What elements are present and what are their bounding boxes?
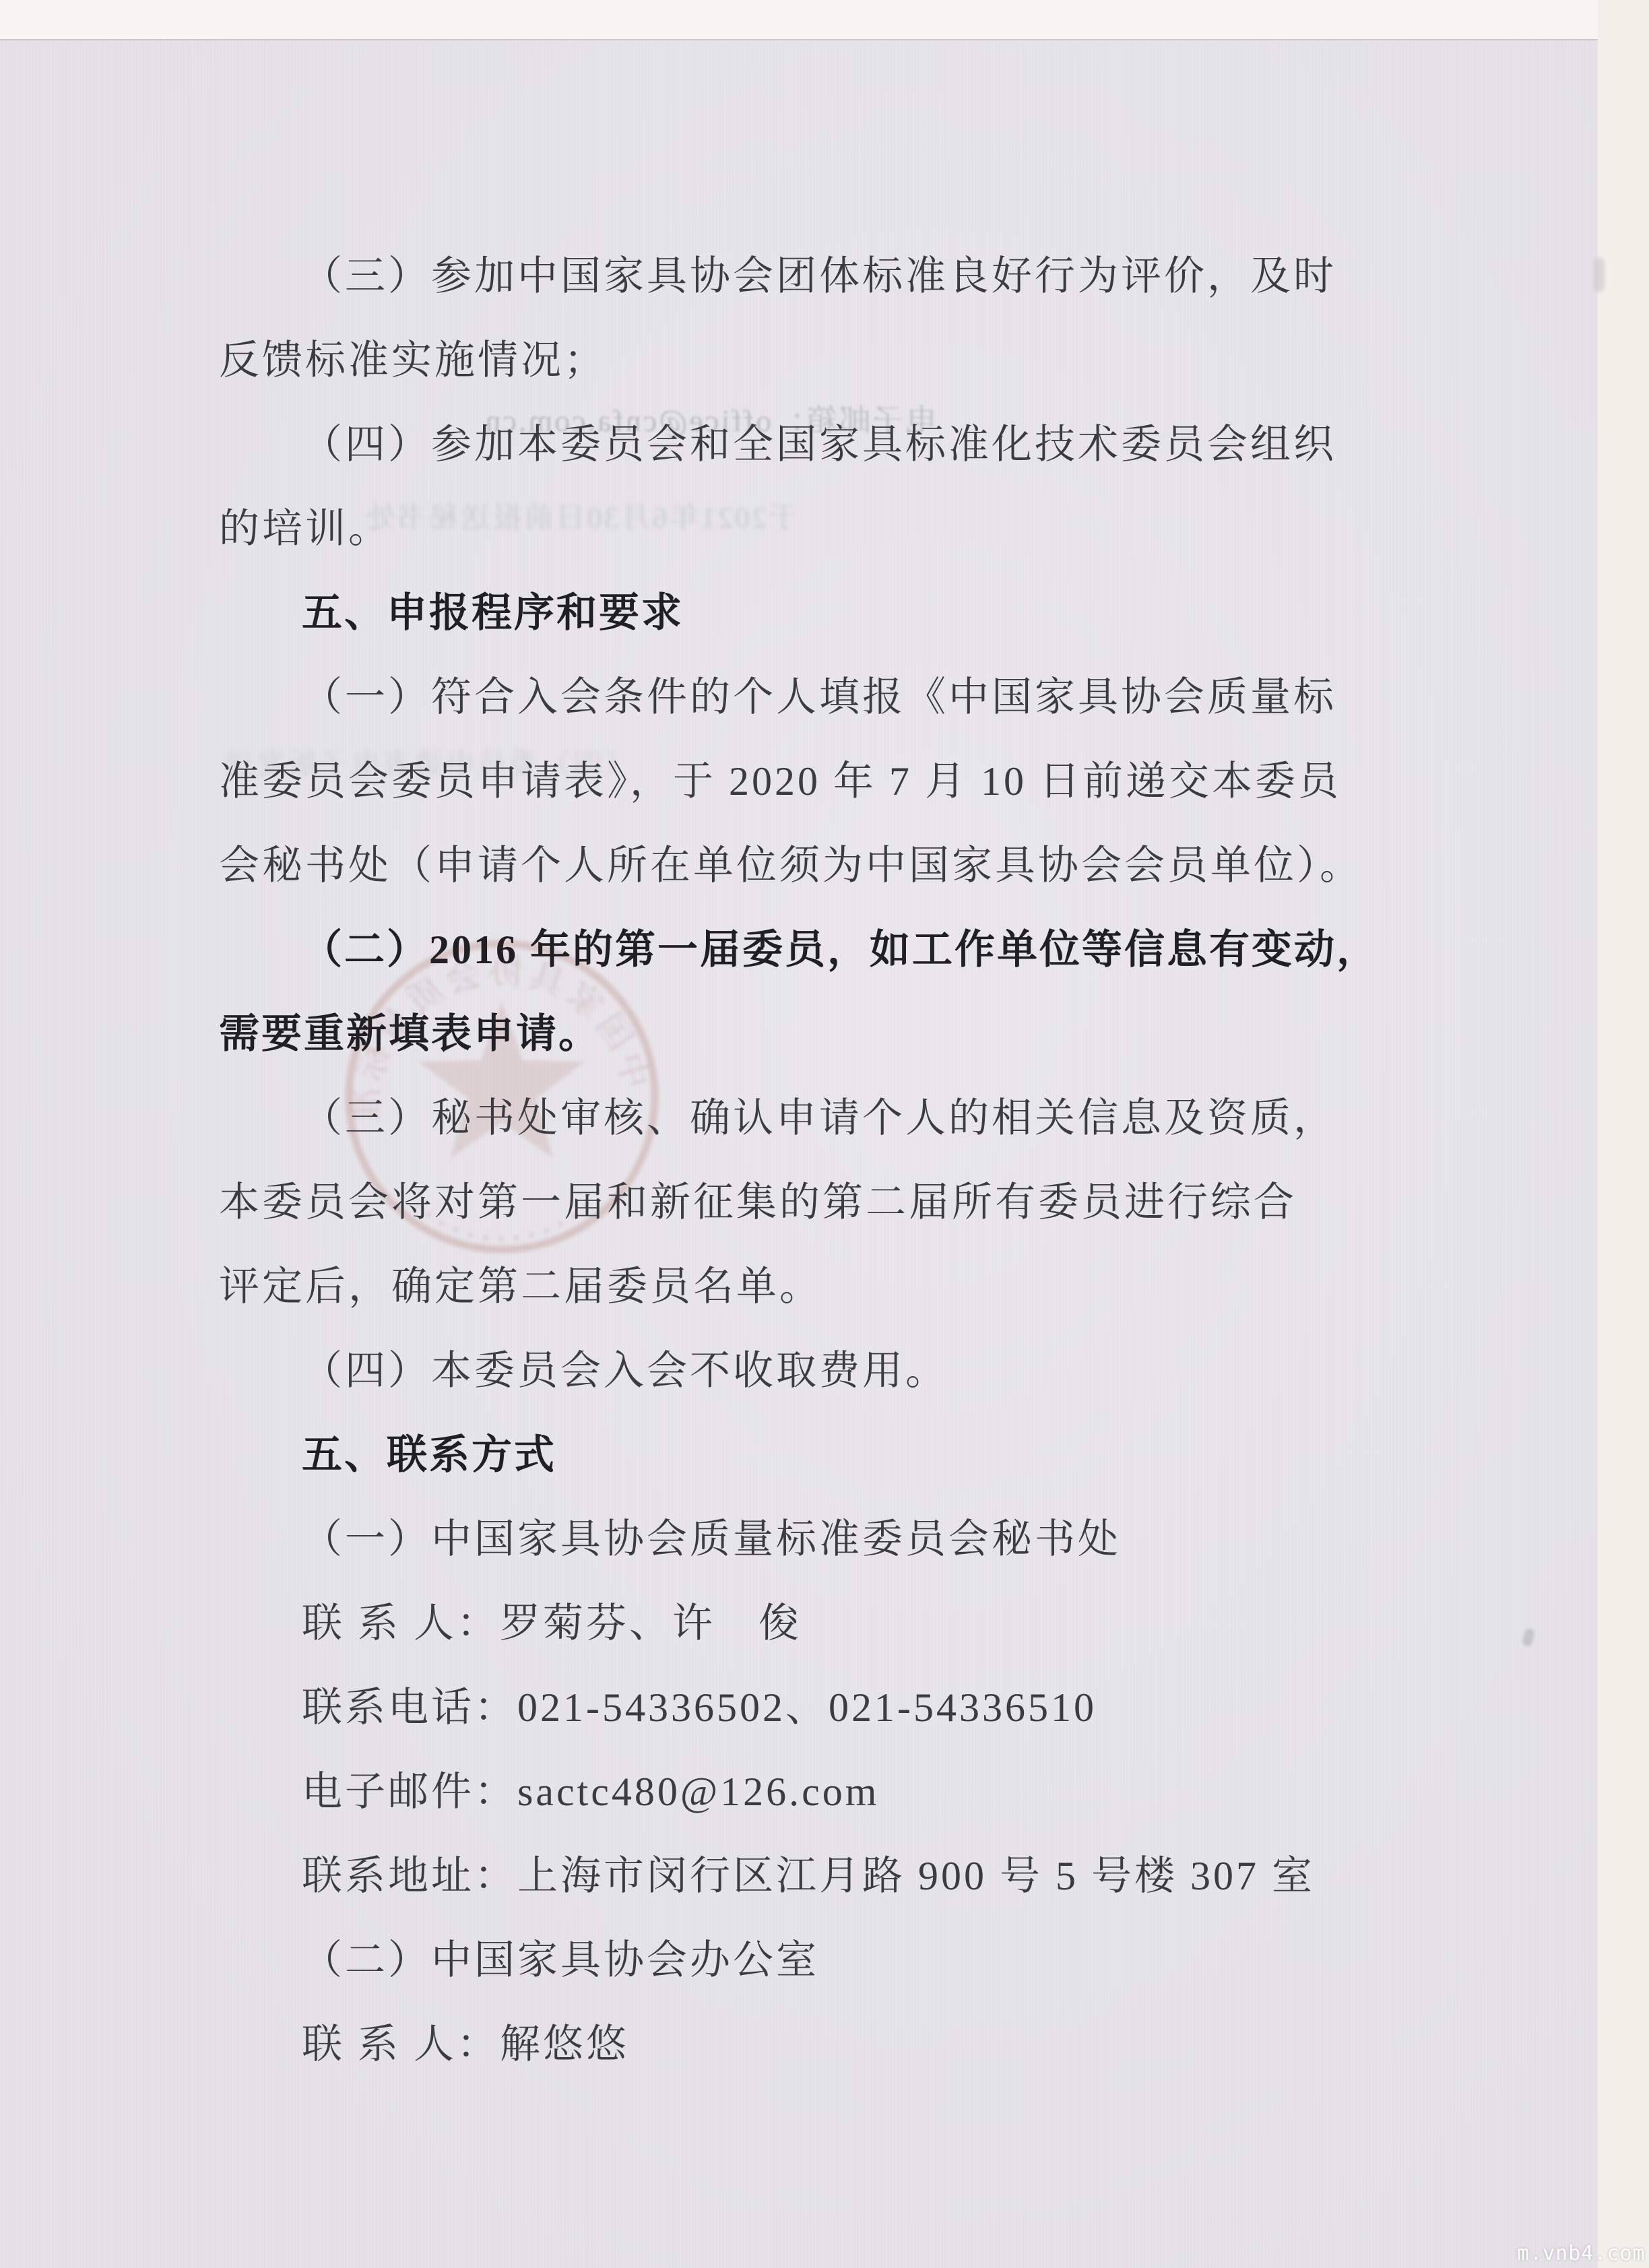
scanner-top-band [0,0,1649,39]
document-line: 电子邮件：sactc480@126.com [302,1770,879,1814]
document-line: （二）2016 年的第一届委员，如工作单位等信息有变动， [302,928,1379,972]
document-line: 联系地址：上海市闵行区江月路 900 号 5 号楼 307 室 [302,1854,1315,1898]
document-line: 联 系 人：罗菊芬、许 俊 [302,1601,802,1646]
document-line: 评定后，确定第二届委员名单。 [219,1264,822,1309]
scanned-document-page: 中国家具协会质量标准委员会 电子邮箱：office@cnfa.com.cn 于2… [0,0,1649,2268]
document-line: （四）本委员会入会不收取费用。 [302,1349,948,1393]
document-line: 联 系 人：解悠悠 [302,2022,629,2067]
document-line: 需要重新填表申请。 [219,1012,601,1056]
document-line: （一）中国家具协会质量标准委员会秘书处 [302,1517,1121,1561]
document-line: （三）参加中国家具协会团体标准良好行为评价，及时 [302,254,1336,298]
document-line: 准委员会委员申请表》，于 2020 年 7 月 10 日前递交本委员 [219,759,1341,804]
document-line: （三）秘书处审核、确认申请个人的相关信息及资质， [302,1096,1336,1140]
document-line: 反馈标准实施情况； [219,338,607,383]
paper-sheet: 中国家具协会质量标准委员会 电子邮箱：office@cnfa.com.cn 于2… [0,39,1599,2268]
document-line: 五、申报程序和要求 [302,591,684,635]
document-line: 五、联系方式 [302,1433,556,1477]
document-line: 本委员会将对第一届和新征集的第二届所有委员进行综合 [219,1180,1297,1225]
site-watermark: m.vnb4.com [1517,2242,1646,2265]
bleedthrough-line-2: 于2021年6月30日前报送秘书处 [364,493,798,536]
document-line: （二）中国家具协会办公室 [302,1938,819,1982]
document-line: 联系电话：021-54336502、021-54336510 [302,1685,1097,1730]
document-line: 会秘书处（申请个人所在单位须为中国家具协会会员单位）。 [219,843,1363,888]
document-line: （四）参加本委员会和全国家具标准化技术委员会组织 [302,422,1336,467]
scan-scuff-mark [1594,257,1605,292]
document-line: 的培训。 [219,507,391,551]
scanner-right-band [1598,0,1649,2268]
document-line: （一）符合入会条件的个人填报《中国家具协会质量标 [302,675,1336,719]
